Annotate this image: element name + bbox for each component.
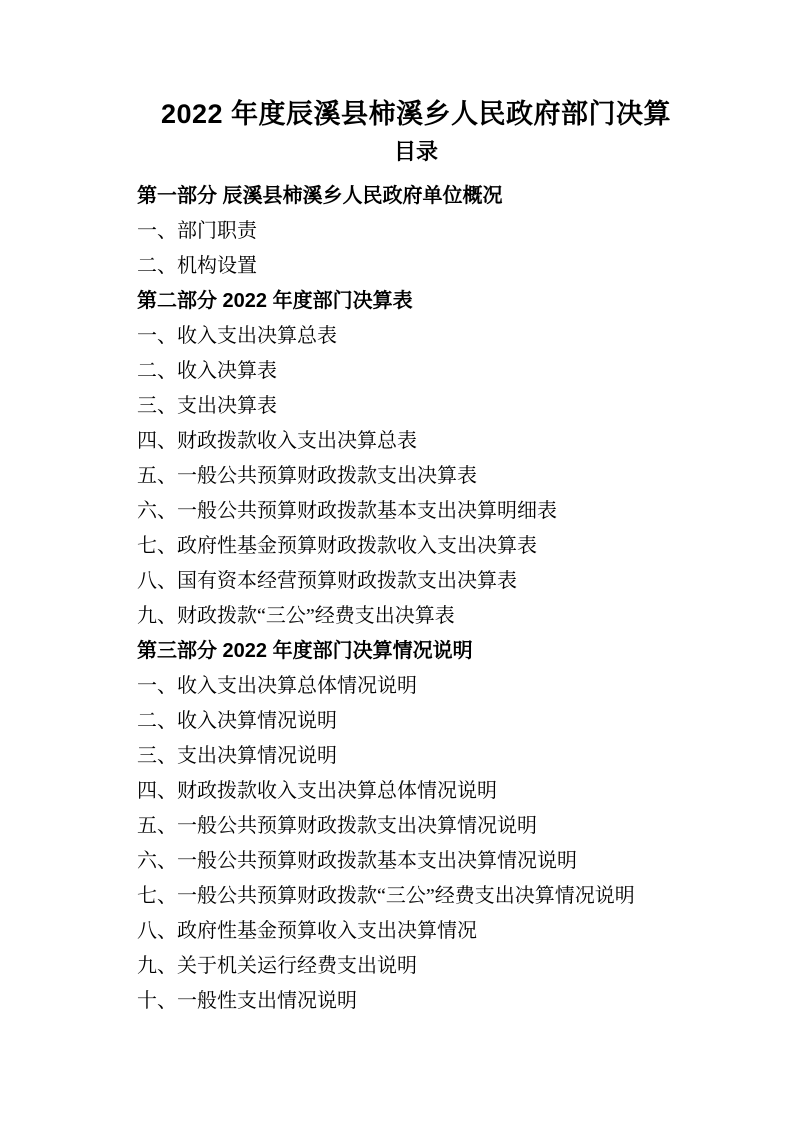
toc-item: 一、收入支出决算总表 bbox=[137, 319, 695, 354]
toc-item: 一、收入支出决算总体情况说明 bbox=[137, 669, 695, 704]
table-of-contents: 第一部分 辰溪县柿溪乡人民政府单位概况一、部门职责二、机构设置第二部分 2022… bbox=[137, 179, 695, 1019]
toc-item: 五、一般公共预算财政拨款支出决算情况说明 bbox=[137, 809, 695, 844]
toc-section-heading: 第三部分 2022 年度部门决算情况说明 bbox=[137, 634, 695, 669]
toc-item: 四、财政拨款收入支出决算总体情况说明 bbox=[137, 774, 695, 809]
toc-item: 四、财政拨款收入支出决算总表 bbox=[137, 424, 695, 459]
toc-item: 七、一般公共预算财政拨款“三公”经费支出决算情况说明 bbox=[137, 879, 695, 914]
toc-item: 十、一般性支出情况说明 bbox=[137, 984, 695, 1019]
toc-item: 三、支出决算表 bbox=[137, 389, 695, 424]
toc-item: 三、支出决算情况说明 bbox=[137, 739, 695, 774]
toc-item: 八、政府性基金预算收入支出决算情况 bbox=[137, 914, 695, 949]
toc-item: 五、一般公共预算财政拨款支出决算表 bbox=[137, 459, 695, 494]
document-title: 2022 年度辰溪县柿溪乡人民政府部门决算 bbox=[137, 97, 695, 131]
page-content: 2022 年度辰溪县柿溪乡人民政府部门决算 目录 第一部分 辰溪县柿溪乡人民政府… bbox=[0, 0, 793, 1019]
toc-item: 二、收入决算情况说明 bbox=[137, 704, 695, 739]
toc-item: 六、一般公共预算财政拨款基本支出决算情况说明 bbox=[137, 844, 695, 879]
toc-item: 九、关于机关运行经费支出说明 bbox=[137, 949, 695, 984]
toc-item: 八、国有资本经营预算财政拨款支出决算表 bbox=[137, 564, 695, 599]
toc-item: 六、一般公共预算财政拨款基本支出决算明细表 bbox=[137, 494, 695, 529]
toc-item: 二、收入决算表 bbox=[137, 354, 695, 389]
toc-item: 二、机构设置 bbox=[137, 249, 695, 284]
toc-item: 一、部门职责 bbox=[137, 214, 695, 249]
toc-section-heading: 第二部分 2022 年度部门决算表 bbox=[137, 284, 695, 319]
document-page: 2022 年度辰溪县柿溪乡人民政府部门决算 目录 第一部分 辰溪县柿溪乡人民政府… bbox=[0, 0, 793, 1122]
toc-item: 九、财政拨款“三公”经费支出决算表 bbox=[137, 599, 695, 634]
toc-section-heading: 第一部分 辰溪县柿溪乡人民政府单位概况 bbox=[137, 179, 695, 214]
toc-item: 七、政府性基金预算财政拨款收入支出决算表 bbox=[137, 529, 695, 564]
toc-title: 目录 bbox=[137, 138, 695, 166]
